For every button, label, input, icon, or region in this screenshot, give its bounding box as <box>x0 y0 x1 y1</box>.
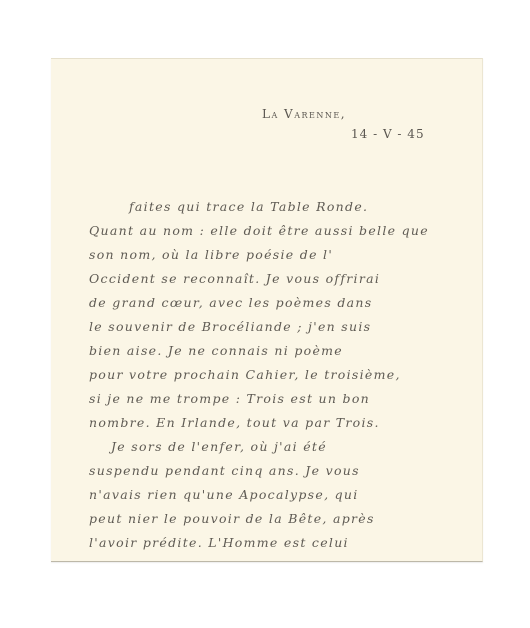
letter-line: faites qui trace la Table Ronde. <box>129 199 368 214</box>
letter-line: suspendu pendant cinq ans. Je vous <box>89 463 360 478</box>
letter-line: n'avais rien qu'une Apocalypse, qui <box>89 487 359 502</box>
letter-place: La Varenne, <box>262 107 346 121</box>
letter-line: l'avoir prédite. L'Homme est celui <box>89 535 349 550</box>
letter-line: bien aise. Je ne connais ni poème <box>89 343 343 358</box>
letter-line: son nom, où la libre poésie de l' <box>89 247 333 262</box>
letter-line: nombre. En Irlande, tout va par Trois. <box>89 415 380 430</box>
letter-line: de grand cœur, avec les poèmes dans <box>89 295 372 310</box>
letter-date: 14 - V - 45 <box>351 127 425 141</box>
letter-line: pour votre prochain Cahier, le troisième… <box>89 367 401 382</box>
letter-line: le souvenir de Brocéliande ; j'en suis <box>89 319 371 334</box>
letter-line: Je sors de l'enfer, où j'ai été <box>111 439 327 454</box>
letter-line: Quant au nom : elle doit être aussi bell… <box>89 223 429 238</box>
letter-line: si je ne me trompe : Trois est un bon <box>89 391 370 406</box>
letter-line: peut nier le pouvoir de la Bête, après <box>89 511 375 526</box>
letter-paper: La Varenne, 14 - V - 45 faites qui trace… <box>51 58 483 562</box>
letter-line: Occident se reconnaît. Je vous offrirai <box>89 271 380 286</box>
